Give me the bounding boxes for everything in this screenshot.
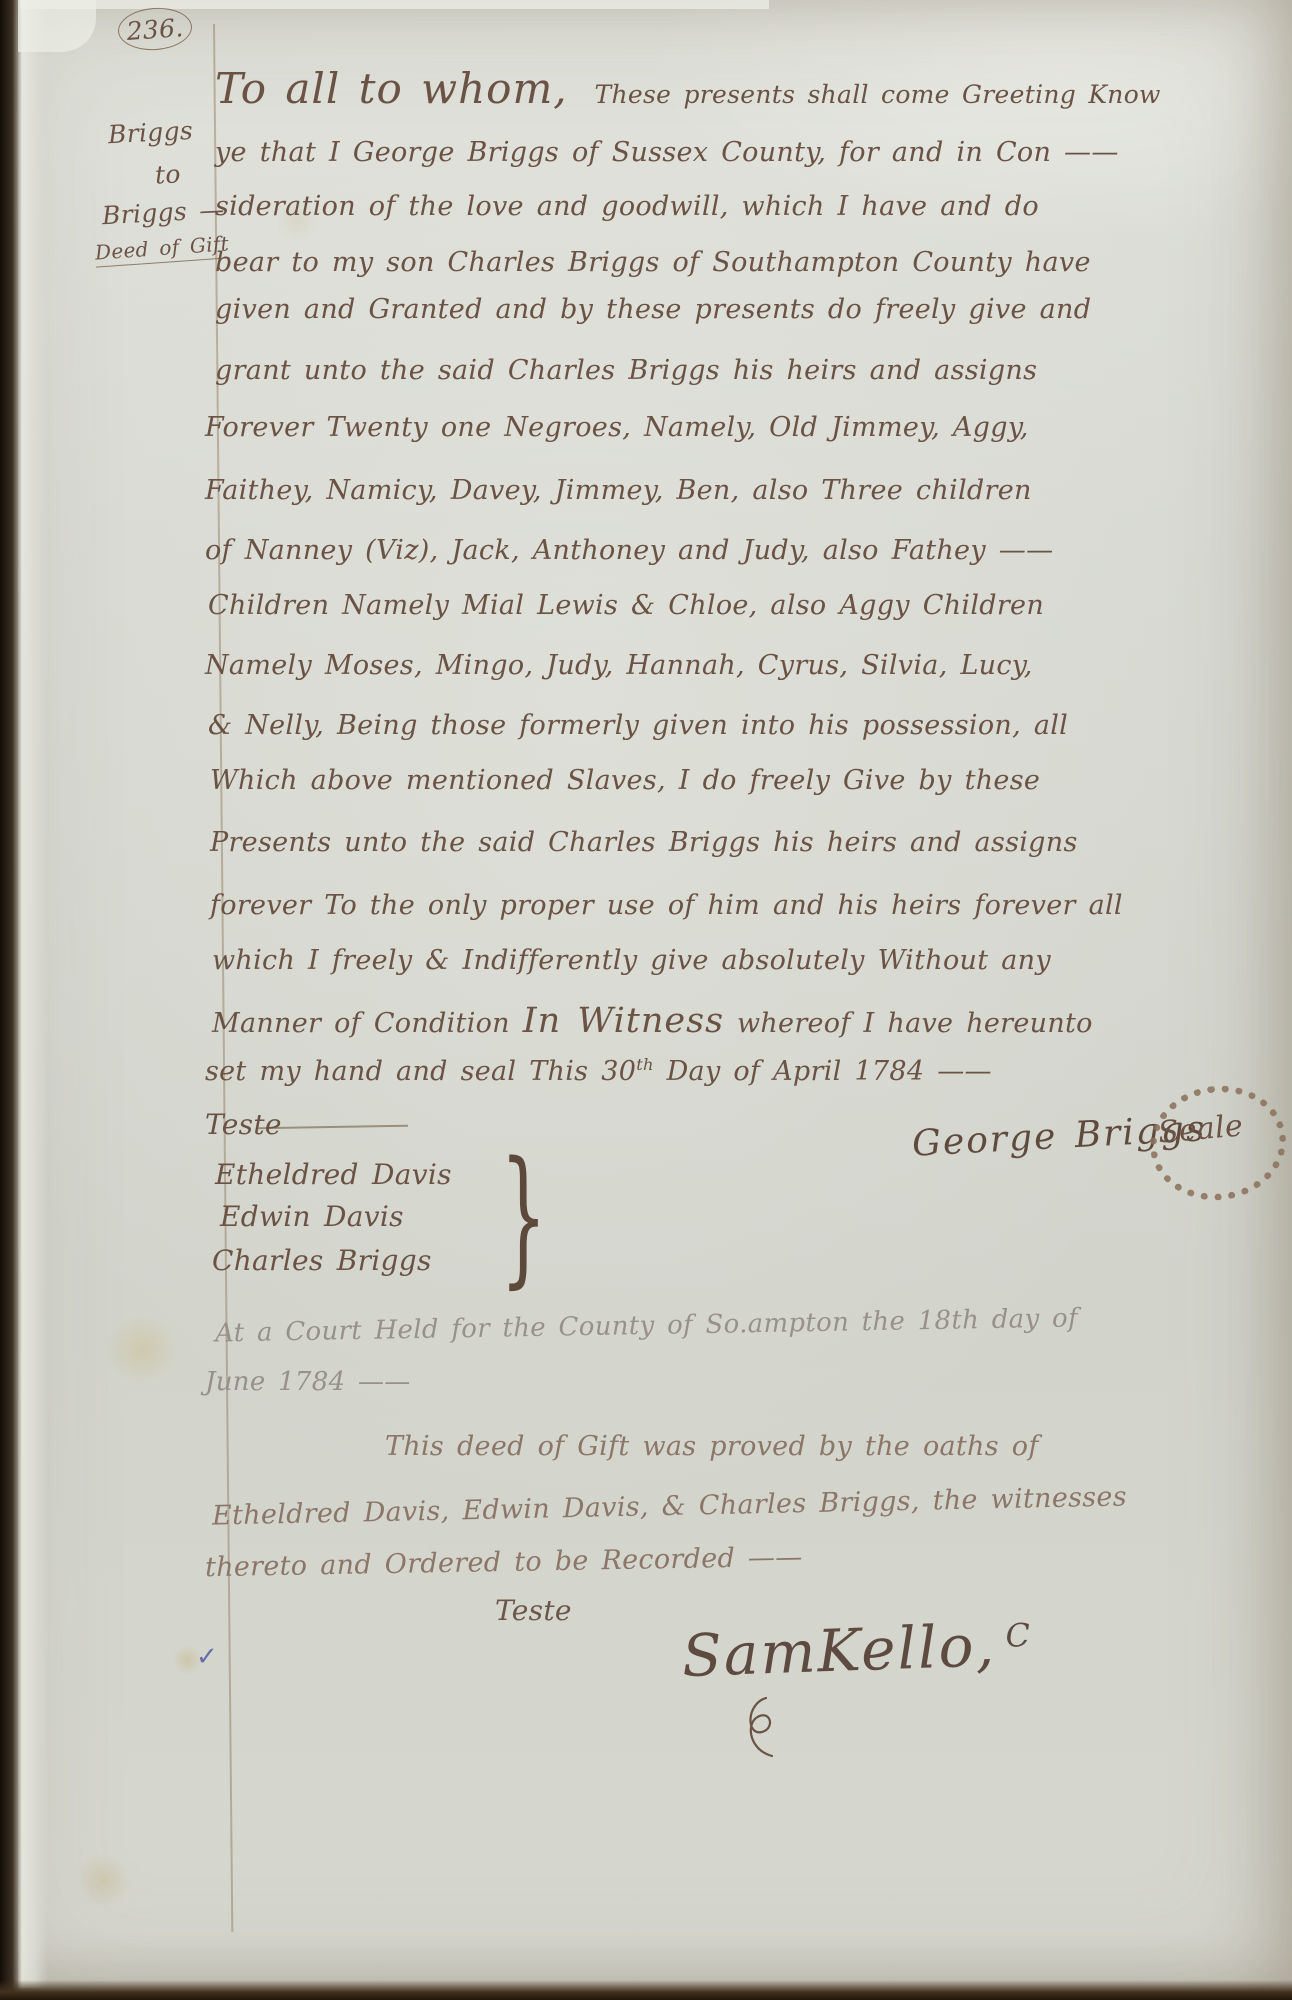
deed-opening-rest: These presents shall come Greeting Know	[595, 80, 1161, 109]
witness-name: Charles Briggs	[212, 1246, 432, 1277]
manuscript-page: 236. Briggs to Briggs — Deed of Gift To …	[0, 0, 1292, 2000]
deed-date-line: set my hand and seal This 30th Day of Ap…	[205, 1056, 992, 1087]
deed-body-line: Presents unto the said Charles Briggs hi…	[210, 828, 1078, 858]
court-proof-line-1: This deed of Gift was proved by the oath…	[385, 1432, 1039, 1462]
deed-body-line: sideration of the love and goodwill, whi…	[215, 192, 1039, 222]
clerk-name: SamKello,	[681, 1611, 997, 1690]
deed-body-line: & Nelly, Being those formerly given into…	[208, 711, 1068, 741]
clerk-signature-sam-kello: SamKello,C	[681, 1610, 1034, 1690]
date-line-ordinal: th	[636, 1055, 654, 1074]
court-session-line-2: June 1784 ——	[205, 1368, 411, 1397]
clerk-paraph-flourish	[726, 1692, 800, 1771]
page-top-edge	[20, 0, 769, 9]
deed-witness-clause-line: Manner of Condition In Witness whereof I…	[212, 1002, 1093, 1041]
witness-brace: }	[500, 1142, 547, 1290]
page-bottom-edge	[0, 1980, 1292, 2000]
deed-body-line: given and Granted and by these presents …	[215, 295, 1091, 325]
margin-note-to: to	[154, 159, 181, 189]
seal-label: Seale	[1157, 1108, 1245, 1150]
clerk-suffix: C	[1005, 1616, 1033, 1655]
deed-body-line: Forever Twenty one Negroes, Namely, Old …	[205, 413, 1029, 443]
witness-clause-pre: Manner of Condition	[212, 1008, 523, 1039]
deed-body-line: Namely Moses, Mingo, Judy, Hannah, Cyrus…	[205, 651, 1033, 681]
deed-body-line: Faithey, Namicy, Davey, Jimmey, Ben, als…	[205, 476, 1032, 506]
deed-opening-salutation: To all to whom,	[215, 64, 568, 113]
check-mark: ✓	[196, 1642, 218, 1672]
deed-body-line: ye that I George Briggs of Sussex County…	[215, 138, 1119, 168]
date-line-post: Day of April 1784 ——	[654, 1056, 992, 1087]
book-binding-gutter	[0, 0, 22, 2000]
deed-opening-line: To all to whom, These presents shall com…	[215, 66, 1161, 112]
date-line-pre: set my hand and seal This 30	[205, 1056, 636, 1087]
deed-body-line: Children Namely Mial Lewis & Chloe, also…	[208, 591, 1044, 621]
page-edge-stack	[18, 0, 48, 1988]
witness-clause-post: whereof I have hereunto	[724, 1008, 1093, 1039]
margin-note-party-1: Briggs	[107, 116, 193, 149]
witness-name: Etheldred Davis	[215, 1160, 452, 1191]
deed-body-line: of Nanney (Viz), Jack, Anthoney and Judy…	[205, 536, 1053, 566]
deed-body-line: forever To the only proper use of him an…	[210, 891, 1123, 921]
deed-body-line: Which above mentioned Slaves, I do freel…	[210, 766, 1040, 796]
witness-name: Edwin Davis	[220, 1202, 404, 1233]
deed-body-line: which I freely & Indifferently give abso…	[212, 946, 1051, 976]
court-teste-label: Teste	[495, 1596, 572, 1627]
deed-body-line: grant unto the said Charles Briggs his h…	[215, 356, 1037, 386]
deed-body-line: bear to my son Charles Briggs of Southam…	[215, 248, 1091, 278]
teste-label: Teste	[205, 1110, 282, 1141]
witness-clause-emphasis: In Witness	[523, 1001, 724, 1041]
